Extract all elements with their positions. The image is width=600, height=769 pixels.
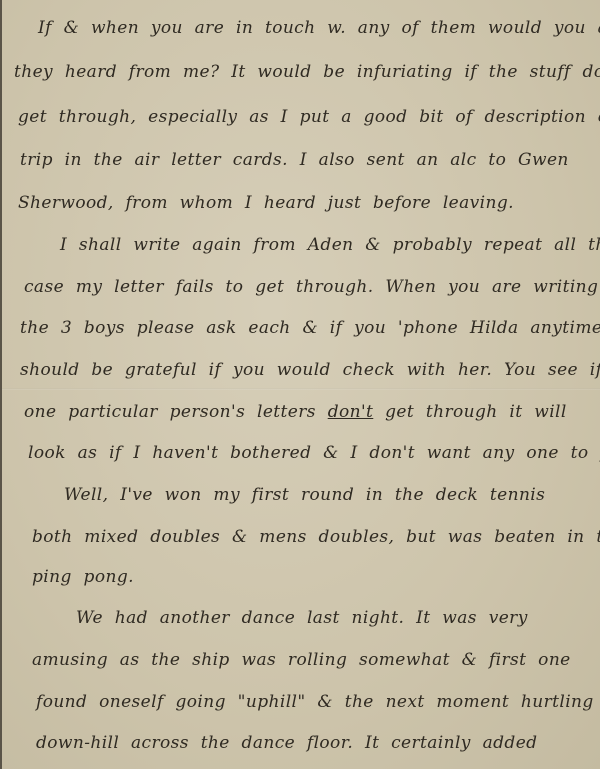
letter-line-16: amusing as the ship was rolling somewhat…	[32, 650, 571, 670]
paper-fold-crease	[2, 388, 600, 390]
letter-line-10-tail: get through it will	[385, 402, 567, 422]
letter-line-5: Sherwood, from whom I heard just before …	[18, 193, 514, 213]
letter-line-17: found oneself going "uphill" & the next …	[36, 692, 594, 712]
letter-page: If & when you are in touch w. any of the…	[0, 0, 600, 769]
letter-line-10-text: one particular person's letters	[24, 402, 316, 422]
letter-line-11: look as if I haven't bothered & I don't …	[28, 443, 600, 463]
letter-line-6: I shall write again from Aden & probably…	[60, 235, 600, 255]
letter-line-3: get through, especially as I put a good …	[18, 107, 600, 127]
letter-line-14: ping pong.	[32, 567, 134, 587]
underlined-word: don't	[328, 402, 374, 422]
letter-line-7: case my letter fails to get through. Whe…	[24, 277, 600, 297]
letter-line-8-text: the 3 boys please ask each & if you 'pho…	[20, 318, 600, 338]
letter-line-10: one particular person's letters don't ge…	[24, 402, 567, 422]
letter-line-2: they heard from me? It would be infuriat…	[14, 62, 600, 82]
letter-line-9: should be grateful if you would check wi…	[20, 360, 600, 380]
letter-line-12: Well, I've won my first round in the dec…	[64, 485, 545, 505]
letter-line-13: both mixed doubles & mens doubles, but w…	[32, 527, 600, 547]
letter-line-8: the 3 boys please ask each & if you 'pho…	[20, 318, 600, 338]
letter-line-4: trip in the air letter cards. I also sen…	[20, 150, 569, 170]
letter-line-15: We had another dance last night. It was …	[76, 608, 528, 628]
letter-line-1: If & when you are in touch w. any of the…	[38, 18, 600, 38]
letter-line-18: down-hill across the dance floor. It cer…	[36, 733, 537, 753]
